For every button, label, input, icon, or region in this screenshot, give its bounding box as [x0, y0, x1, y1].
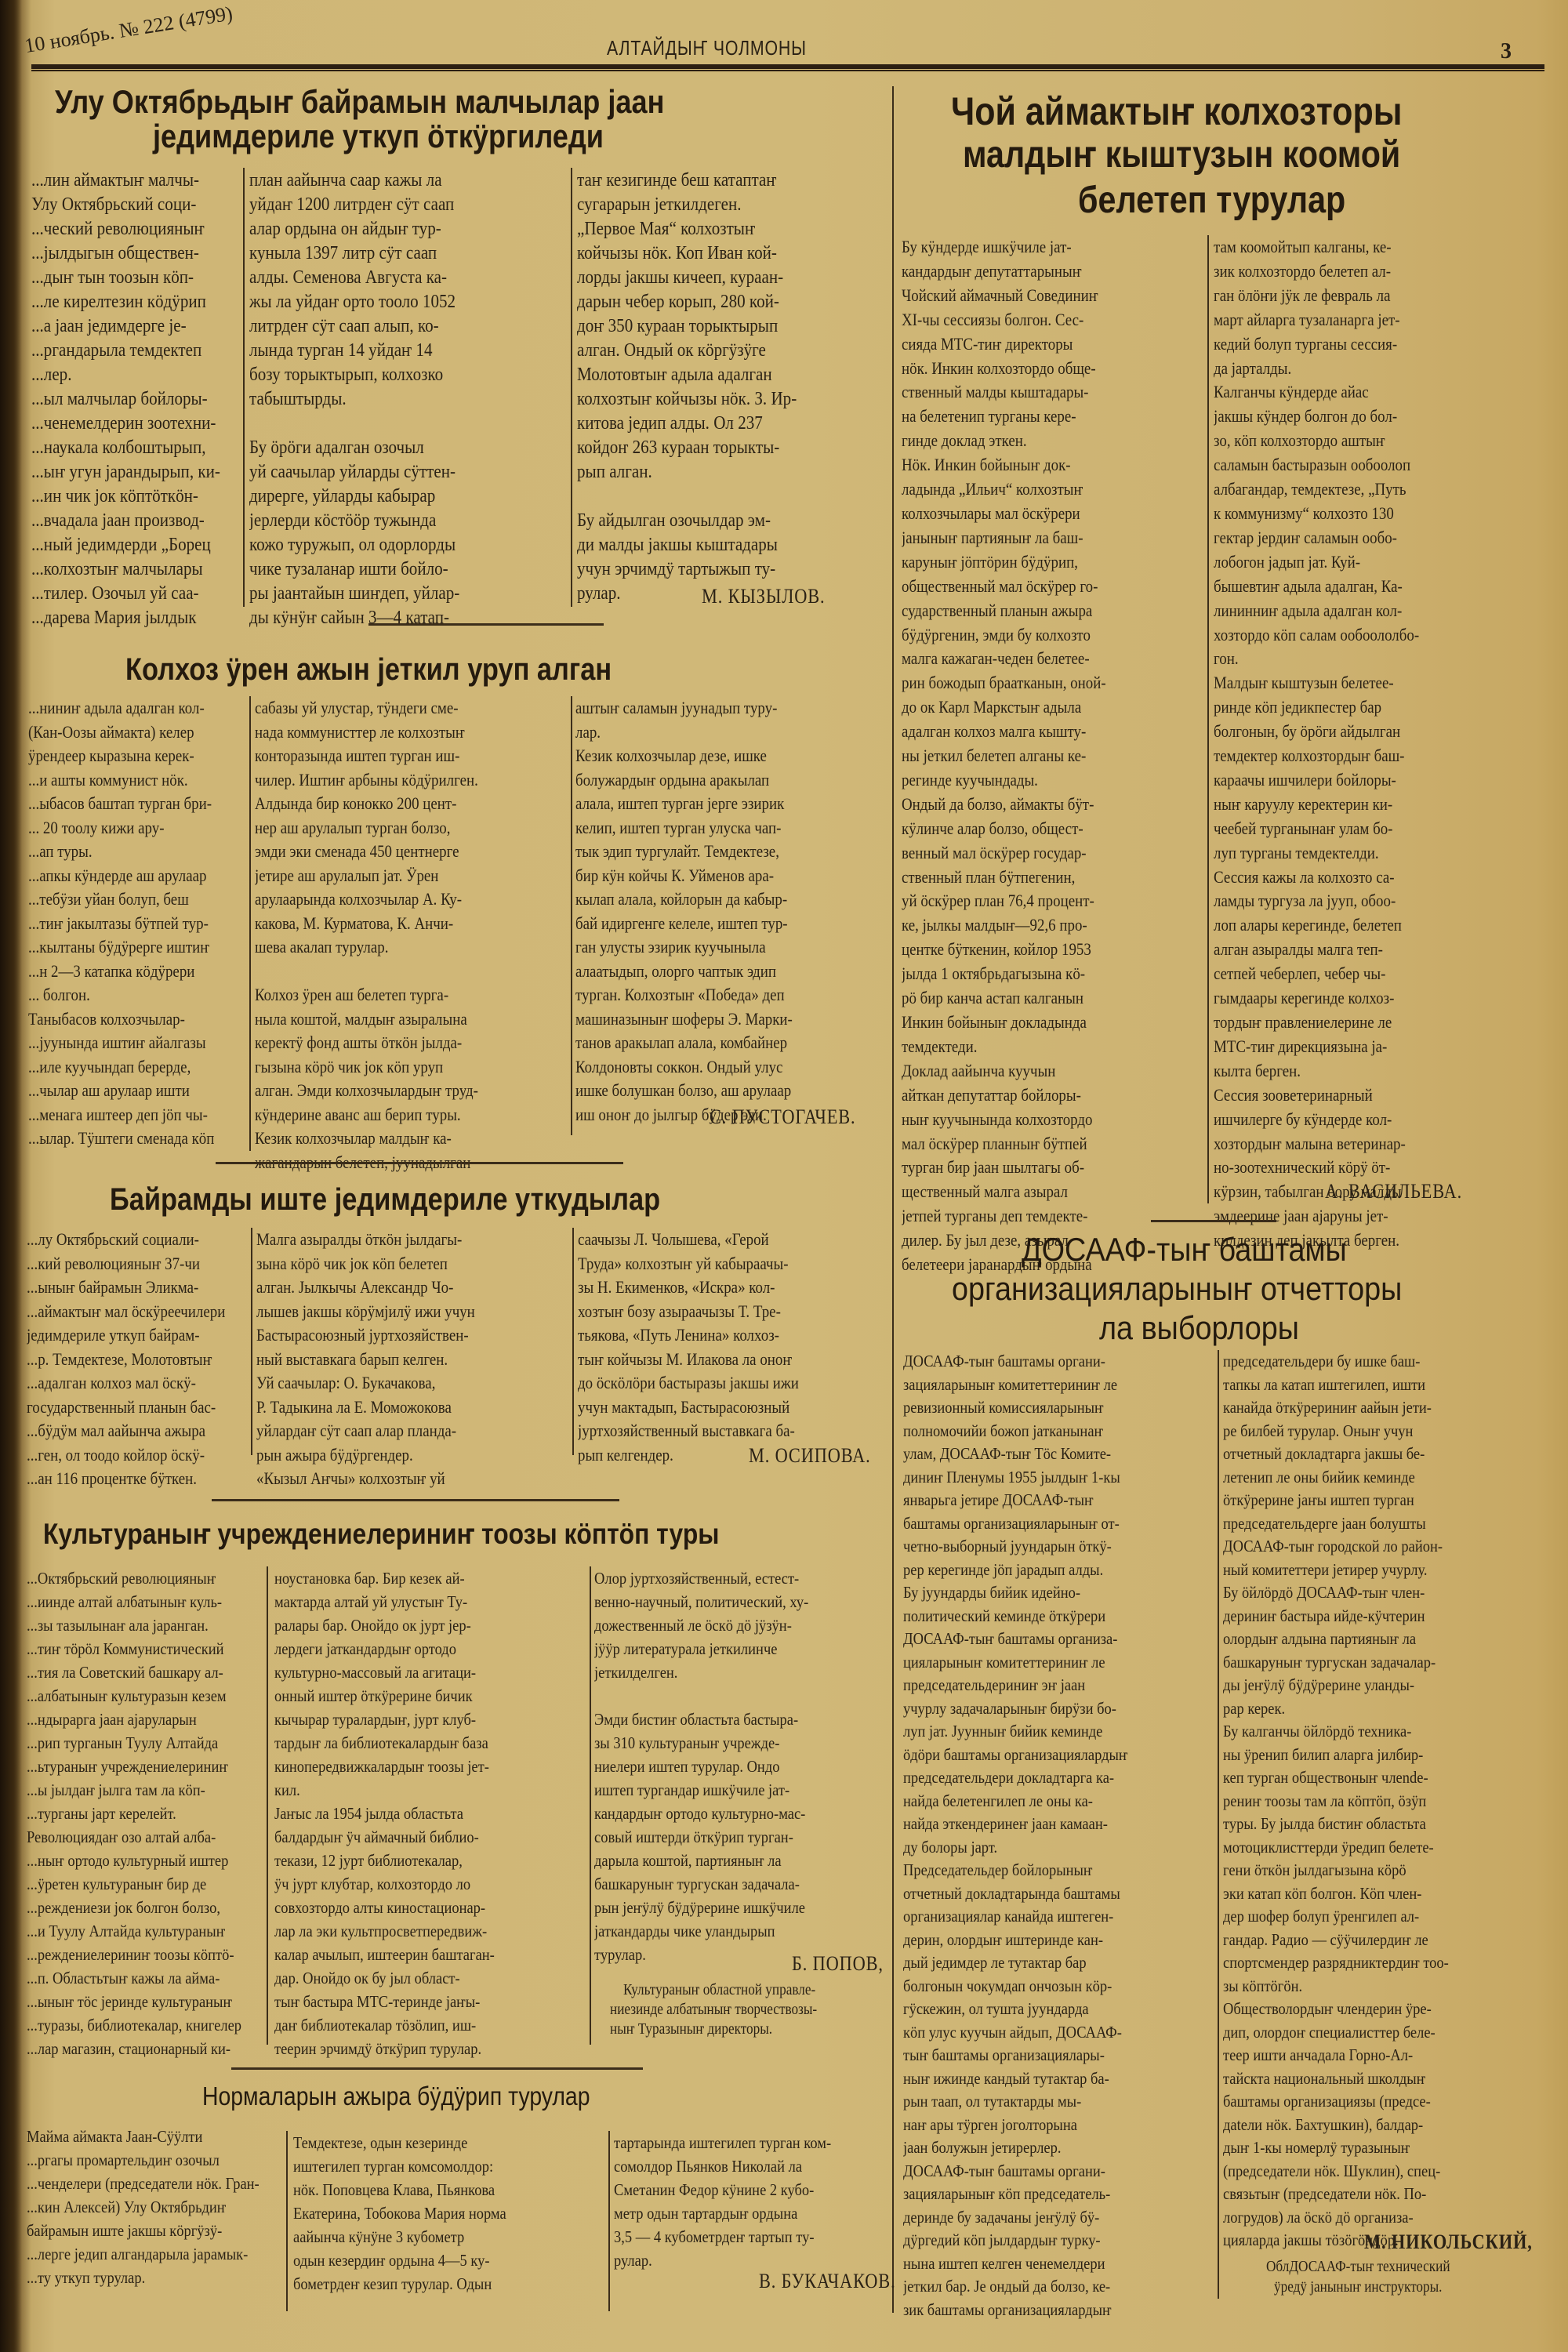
text-line: ...туразы, библиотекалар, книгелер — [27, 2013, 276, 2037]
section-rule — [231, 2067, 643, 2070]
text-line — [255, 960, 572, 984]
text-line: политический кеминде ӧткӱрери — [903, 1605, 1207, 1628]
text-line: куныла 1397 литр сӱт саап — [249, 241, 532, 265]
text-line: XI-чы сессиязы болгон. Сес- — [902, 308, 1202, 332]
text-line: калар ачылып, иштеерин баштаган- — [274, 1943, 585, 1966]
text-line: теерин эрчимдӱ ӧткӱрип турулар. — [274, 2037, 585, 2060]
text-line: ...ап туры. — [28, 840, 264, 864]
article-column: ...ниниҥ адыла адалган кол-(Кан-Оозы айм… — [28, 696, 264, 1151]
text-line: спортсмендер разрядниктердиҥ тоо- — [1223, 1951, 1516, 1975]
text-line: „Первое Мая“ колхозтыҥ — [577, 216, 860, 241]
text-line: четно-выборный јуундарын ӧткӱ- — [903, 1535, 1207, 1559]
text-line: тартарында иштегилеп турган ком- — [614, 2131, 910, 2154]
column-rule — [267, 1566, 268, 2045]
text-line: ДОСААФ-тыҥ баштамы органи- — [903, 2160, 1207, 2183]
text-line: Сметанин Федор кӱнине 2 кубо- — [614, 2178, 910, 2201]
text-line: лышев јакшы кӧрӱмјилӱ ижи учун — [256, 1300, 573, 1324]
masthead-rule — [31, 64, 1544, 71]
text-line: колхозчылары мал ӧскӱрери — [902, 502, 1202, 526]
text-line: связьтыҥ (председатели нӧк. По- — [1223, 2183, 1516, 2206]
text-line: кедий болуп турганы сессия- — [1214, 332, 1504, 357]
text-line: ишчилерге бу кӱндерде кол- — [1214, 1108, 1504, 1132]
text-line: койдоҥ 263 кураан торыкты- — [577, 435, 860, 459]
text-line: до ӧскӧлӧри бастыразы јакшы ижи — [578, 1371, 895, 1396]
text-line: учун мактадып, Бастырасоюзный — [578, 1396, 895, 1420]
text-line: ...јуунында иштиҥ айалгазы — [28, 1031, 264, 1055]
text-line: ...турганы јарт керелейт. — [27, 1802, 276, 1825]
text-line: ...наукала колбоштырып, — [31, 435, 237, 459]
text-line: олордыҥ алдына партияныҥ ла — [1223, 1628, 1516, 1651]
text-line: зацияларыныҥ комитеттериниҥ ле — [903, 1374, 1207, 1397]
text-line: сомолдор Пьянков Николай ла — [614, 2154, 910, 2178]
text-line: ...кылтаны бӱдӱрерге иштиҥ — [28, 935, 264, 960]
text-line: эмди эки сменада 450 центнерге — [255, 840, 572, 864]
text-line: сабазы уй улустар, тӱндеги сме- — [255, 696, 572, 720]
article-column: Темдектезе, одын кезериндеиштегилеп тург… — [293, 2131, 600, 2296]
text-line: но-зоотехнический кӧрӱ ӧт- — [1214, 1156, 1504, 1180]
text-line: гинде доклад эткен. — [902, 429, 1202, 453]
text-line: ноустановка бар. Бир кезек ай- — [274, 1566, 585, 1590]
text-line: Улу Октябрьский соци- — [31, 192, 237, 216]
text-line: лар ла эки культпросветпередвиж- — [274, 1919, 585, 1943]
text-line — [577, 484, 860, 508]
text-line: чике тузаланар ишти бойло- — [249, 557, 532, 581]
text-line: ны јеткил белетеп алганы ке- — [902, 744, 1202, 768]
text-line: совый иштерди ӧткӱрип турган- — [594, 1825, 905, 1849]
author-signature: М. КЫЗЫЛОВ. — [702, 585, 825, 608]
text-line: Кезик колхозчылар малдыҥ ка- — [255, 1127, 572, 1151]
text-line: ...ӱретен культураныҥ бир де — [27, 1872, 276, 1896]
text-line: алган. Јылкычы Александр Чо- — [256, 1276, 573, 1300]
text-line: МТС-тиҥ дирекциязына ја- — [1214, 1035, 1504, 1059]
text-line: ...ыбасов баштап турган бри- — [28, 792, 264, 816]
text-line: рын јеҥӱлӱ бӱдӱрерине ишкӱчиле — [594, 1896, 905, 1919]
text-line: январьга јетире ДОСААФ-тыҥ — [903, 1489, 1207, 1512]
text-line: сетпей чеберлеп, чебер чы- — [1214, 962, 1504, 986]
text-line: бир кӱн койчы К. Уйменов ара- — [575, 864, 892, 888]
article-column: Майма аймакта Јаан-Сӱӱлти...ргагы промар… — [27, 2125, 283, 2289]
column-rule — [286, 2131, 288, 2311]
text-line: албагандар, темдектезе, „Путь — [1214, 477, 1504, 502]
text-line: ...лер. — [31, 362, 237, 387]
text-line: гымдаары керегинде колхоз- — [1214, 986, 1504, 1011]
text-line: дый једимдер ле тутактар бар — [903, 1951, 1207, 1975]
text-line: алала, иштеп турган јерге эзирик — [575, 792, 892, 816]
text-line: ...кин Алексей) Улу Октябрьдиҥ — [27, 2195, 283, 2219]
text-line: баштамы организациязы (предсе- — [1223, 2090, 1516, 2114]
text-line: ...ргагы промартельдиҥ озочыл — [27, 2148, 283, 2172]
text-line: теер ишти анчадала Горно-Ал- — [1223, 2044, 1516, 2067]
text-line: ныҥ куучынында колхозтордо — [902, 1108, 1202, 1132]
text-line: организациялар канайда иштеген- — [903, 1905, 1207, 1929]
text-line: ...тебӱзи уйан болуп, беш — [28, 887, 264, 912]
text-line: мал ӧскӱрер планныҥ бӱтпей — [902, 1132, 1202, 1156]
text-line: ...колхозтыҥ малчылары — [31, 557, 237, 581]
text-line: чилер. Иштиҥ арбыны кӧдӱрилген. — [255, 768, 572, 793]
text-line: кычырар туралардыҥ, јурт клуб- — [274, 1708, 585, 1731]
text-line: ӧткӱрерине јаҥы иштеп турган — [1223, 1489, 1516, 1512]
author-signature: А. ВАСИЛЬЕВА. — [1325, 1180, 1462, 1203]
text-line: ...н 2—3 катапка кӧдӱрери — [28, 960, 264, 984]
text-line: тыҥ койчызы М. Илакова ла оноҥ — [578, 1348, 895, 1372]
text-line: гектар јердиҥ саламын ообо- — [1214, 526, 1504, 550]
headline: организациялар­ыныҥ отчетторы — [952, 1270, 1402, 1308]
text-line: байрамын иште јакшы кӧргӱзӱ- — [27, 2219, 283, 2242]
text-line: јаткандарды чике уландырып — [594, 1919, 905, 1943]
text-line: Сессия кажы ла колхозто са- — [1214, 866, 1504, 890]
text-line: Бу калганчы ӧйлӧрдӧ техника- — [1223, 1720, 1516, 1744]
column-rule — [608, 2131, 610, 2311]
text-line: Майма аймакта Јаан-Сӱӱлти — [27, 2125, 283, 2148]
text-line: ламды тургуза ла јууп, обоо- — [1214, 889, 1504, 913]
text-line: ...иинде алтай албатыныҥ куль- — [27, 1590, 276, 1613]
text-line: болужардыҥ ордына аракылап — [575, 768, 892, 793]
text-line: учурлу задачаларыныҥ бирӱзи бо- — [903, 1697, 1207, 1721]
text-line: јерлерди кӧстӧӧр тужында — [249, 508, 532, 532]
text-line: ...вчадала јаан производ- — [31, 508, 237, 532]
text-line: зик баштамы организациялардыҥ — [903, 2299, 1207, 2322]
text-line: ...ыныҥ байрамын Эликма- — [27, 1276, 263, 1300]
text-line: табыштырды. — [249, 387, 532, 411]
text-line: Бу јуундарды бийик идейно- — [903, 1581, 1207, 1605]
text-line: Председательдер бойлорыныҥ — [903, 1859, 1207, 1882]
author-signature: В. БУКАЧАКОВ. — [759, 2270, 896, 2293]
headline: Байрамды иште једимдериле уткудылар — [110, 1182, 660, 1218]
text-line: ... болгон. — [28, 983, 264, 1007]
article-column: тартарында иштегилеп турган ком-сомолдор… — [614, 2131, 910, 2272]
headline: једимдериле уткуп ӧткӱргиледи — [153, 118, 604, 155]
text-line: Р. Тадыкина ла Е. Моможокова — [256, 1396, 573, 1420]
text-line: март айларга тузаланарга јет- — [1214, 308, 1504, 332]
text-line: конторазында иштеп турган иш- — [255, 744, 572, 768]
text-line: ный комитеттери јетирер учурлу. — [1223, 1559, 1516, 1582]
text-line: малга кажаган-чеден белетее- — [902, 647, 1202, 671]
text-line: литрдеҥ сӱт саап алып, ко- — [249, 314, 532, 338]
text-line: Екатерина, Тобокова Мария норма — [293, 2201, 600, 2225]
article-column: ноустановка бар. Бир кезек ай-мактарда а… — [274, 1566, 585, 2060]
text-line: ...а јаан једимдерге је- — [31, 314, 237, 338]
text-line: иштегилеп турган комсомолдор: — [293, 2154, 600, 2178]
text-line: рин божодып браатканын, оной- — [902, 671, 1202, 695]
text-line: щественный малга азырал — [902, 1180, 1202, 1204]
article-column: ...лу Октябрьский социали-...кий революц… — [27, 1228, 263, 1491]
text-line: јетире аш арулалып јат. Ӱрен — [255, 864, 572, 888]
text-line: совхозтордо алты киностационар- — [274, 1896, 585, 1919]
text-line: луп јат. Јуунныҥ бийик кеминде — [903, 1720, 1207, 1744]
text-line: келип, иштеп турган улуска чап- — [575, 816, 892, 840]
column-rule — [1218, 1350, 1219, 2299]
text-line: Алдында бир конокко 200 цент- — [255, 792, 572, 816]
text-line: ...ыҥ угун јарандырып, ки- — [31, 459, 237, 484]
article-column: аштыҥ саламын јуунадып туру-лар.Кезик ко… — [575, 696, 892, 1127]
text-line: ...лар магазин, стационарный ки- — [27, 2037, 276, 2060]
text-line: ныҥ каруулу керектерин ки- — [1214, 793, 1504, 817]
text-line: Ондый да болзо, аймакты бӱт- — [902, 793, 1202, 817]
text-line: темдектеди. — [902, 1035, 1202, 1059]
text-line: саачызы Л. Чолышева, «Герой — [578, 1228, 895, 1252]
text-line: председательдериниҥ эҥ јаан — [903, 1674, 1207, 1697]
article-column: ДОСААФ-тыҥ баштамы органи-зацияларыныҥ к… — [903, 1350, 1207, 2321]
text-line: ...тия ла Советский башкару ал- — [27, 1661, 276, 1684]
section-rule — [368, 623, 604, 626]
text-line: деринде бу задачаны јеҥӱлӱ бӱ- — [903, 2206, 1207, 2230]
text-line: кылап алала, койлорын да кабыр- — [575, 887, 892, 912]
text-line: текази, 12 јурт библиотекалар, — [274, 1849, 585, 1872]
text-line: ...реждениелериниҥ тоозы кӧптӧ- — [27, 1943, 276, 1966]
text-line: улам, ДОСААФ-тыҥ Тӧс Комите- — [903, 1443, 1207, 1466]
text-line: нада коммунисттер ле колхозтыҥ — [255, 720, 572, 745]
headline: ДОСААФ-тыҥ баштамы — [1022, 1231, 1347, 1269]
text-line: ...лерге једип алгандарыла јарамык- — [27, 2242, 283, 2266]
article-column: там коомойтып калганы, ке-зик колхозторд… — [1214, 235, 1504, 1253]
text-line: тапкы ла катап иштегилеп, ишти — [1223, 1374, 1516, 1397]
text-line: ...тилер. Озочыл уй саа- — [31, 581, 237, 605]
text-line: отчетный докладтарында баштамы — [903, 1882, 1207, 1906]
text-line: зы кӧптӧгӧн. — [1223, 1975, 1516, 1998]
text-line: керектӱ фонд ашты ӧткӧн јылда- — [255, 1031, 572, 1055]
text-line: балдардыҥ ӱч аймачный библио- — [274, 1825, 585, 1849]
text-line: Малдыҥ кыштузын белетее- — [1214, 671, 1504, 695]
text-line: Кезик колхозчылар дезе, ишке — [575, 744, 892, 768]
text-line: кӱлинче алар болзо, общест- — [902, 817, 1202, 841]
text-line: Сессия зооветеринарный — [1214, 1083, 1504, 1108]
text-line: ...дарева Мария јылдык — [31, 605, 237, 630]
text-line: јылда 1 октябрьдагызына кӧ- — [902, 962, 1202, 986]
text-line: ду болоры јарт. — [903, 1836, 1207, 1860]
text-line: сугарарын јеткилдеген. — [577, 192, 860, 216]
author-title: ниезинде албатыныҥ творчествозы- — [610, 1999, 817, 2020]
text-line: ...тиҥ јакылтазы бӱтпей тур- — [28, 912, 264, 936]
text-line: Обществолордыҥ члендерин ӱре- — [1223, 1998, 1516, 2021]
text-line: болгонын чокумдап ончозын кӧр- — [903, 1975, 1207, 1998]
article-column: таҥ кезигинде беш катаптаҥсугарарын јетк… — [577, 168, 860, 605]
text-line: дар. Онойдо ок бу јыл област- — [274, 1966, 585, 1990]
text-line: рӧ бир канча астап калганын — [902, 986, 1202, 1011]
text-line: ...ту уткуп турулар. — [27, 2266, 283, 2289]
text-line: алды. Семенова Августа ка- — [249, 265, 532, 289]
text-line: ...ндырарга јаан ајаруларын — [27, 1708, 276, 1731]
text-line: алаатыдып, олорго чаптык эдип — [575, 960, 892, 984]
text-line: дatели нӧк. Бахтушкин), балдар- — [1223, 2114, 1516, 2137]
text-line: дӱргедий кӧп јылдардыҥ турку- — [903, 2229, 1207, 2252]
text-line: Доклад аайынча куучын — [902, 1059, 1202, 1083]
text-line: дер шофер болуп ӱренгилеп ал- — [1223, 1905, 1516, 1929]
text-line: ревизионный комиссияларыныҥ — [903, 1396, 1207, 1420]
text-line: алар ордына он айдыҥ тур- — [249, 216, 532, 241]
text-line: бай идиргенге келеле, иштеп тур- — [575, 912, 892, 936]
text-line: дыҥ 1-кы номерлӱ туразыныҥ — [1223, 2136, 1516, 2160]
text-line — [249, 411, 532, 435]
text-line: наҥ ары тӱрген јоголторына — [903, 2114, 1207, 2137]
text-line: ДОСААФ-тыҥ баштамы органи- — [903, 1350, 1207, 1374]
text-line: ...бӱдӱм мал аайынча ажыра — [27, 1419, 263, 1443]
text-line: арулаарында колхозчылар А. Ку- — [255, 887, 572, 912]
text-line: Эмди бистиҥ областьта бастыра- — [594, 1708, 905, 1731]
text-line: бометрдеҥ кезип турулар. Одын — [293, 2272, 600, 2296]
text-line: ...дыҥ тын тоозын кӧп- — [31, 265, 237, 289]
text-line: ...јылдыгын обществен- — [31, 241, 237, 265]
text-line: летенип ле оны бийик кеминде — [1223, 1466, 1516, 1490]
text-line: ...ческий революцияныҥ — [31, 216, 237, 241]
text-line: ДОСААФ-тыҥ городской ло район- — [1223, 1535, 1516, 1559]
text-line: ӱрендеер кыразына керек- — [28, 744, 264, 768]
text-line: ...лин аймактыҥ малчы- — [31, 168, 237, 192]
text-line: хозтыҥ бозу азыраачызы Т. Тре- — [578, 1300, 895, 1324]
text-line: ...ан 116 процентке бӱткен. — [27, 1467, 263, 1491]
text-line: лобогон јадып јат. Куй- — [1214, 550, 1504, 575]
text-line: ...аймактыҥ мал ӧскӱреечилери — [27, 1300, 263, 1324]
text-line: хозтордо кӧп салам ообоололбо- — [1214, 623, 1504, 648]
text-line: башкаруныҥ тургускан задачалар- — [1223, 1651, 1516, 1675]
text-line: Темдектезе, одын кезеринде — [293, 2131, 600, 2154]
text-line: венно-научный, политический, ху- — [594, 1590, 905, 1613]
text-line: гызына кӧрӧ чик јок кӧп уруп — [255, 1055, 572, 1080]
text-line: логрудов) ла ӧскӧ дӧ организа- — [1223, 2206, 1516, 2230]
author-title: Культураныҥ областной управле- — [623, 1980, 815, 2000]
text-line: найда эткендеринеҥ јаан камаан- — [903, 1813, 1207, 1836]
text-line: какова, М. Курматова, К. Анчи- — [255, 912, 572, 936]
text-line: каруныҥ јӧптӧрин бӱдӱрип, — [902, 550, 1202, 575]
text-line: ...ьтураныҥ учреждениелериниҥ — [27, 1755, 276, 1778]
text-line: ӱч јурт клубтар, колхозтордо ло — [274, 1872, 585, 1896]
text-line — [594, 1684, 905, 1708]
column-rule — [251, 1228, 252, 1455]
text-line: государственный планын бас- — [27, 1396, 263, 1420]
text-line: ...адалган колхоз мал ӧскӱ- — [27, 1371, 263, 1396]
column-rule — [1207, 235, 1209, 1203]
text-line: рып алган. — [577, 459, 860, 484]
text-line: ке, јылкы малдыҥ—92,6 про- — [902, 913, 1202, 938]
text-line: кӧп улус куучын айдып, ДОСААФ- — [903, 2021, 1207, 2045]
headline: Нормаларын ажыра бӱдӱрип турулар — [202, 2082, 590, 2111]
text-line: даҥ библиотекалар тӧзӧлип, иш- — [274, 2013, 585, 2037]
text-line: ственный план бӱтпегенин, — [902, 866, 1202, 890]
text-line: культурно-массовый ла агитаци- — [274, 1661, 585, 1684]
headline: Улу Октябрьдыҥ байрамын малчылар јаан — [55, 83, 664, 121]
text-line: ныла коштой, малдыҥ азыралына — [255, 1007, 572, 1032]
text-line: ...кий революцияныҥ 37-чи — [27, 1252, 263, 1276]
text-line: нына иштеп келген ченемелдери — [903, 2252, 1207, 2276]
main-column-divider — [892, 86, 894, 2313]
text-line: хозтордыҥ малына ветеринар- — [1214, 1132, 1504, 1156]
text-line: чеебей турганынаҥ улам бо- — [1214, 817, 1504, 841]
text-line: тыҥ баштамы организациялары- — [903, 2044, 1207, 2067]
text-line: ишке болушкан болзо, аш арулаар — [575, 1079, 892, 1103]
text-line: ... 20 тоолу кижи ару- — [28, 816, 264, 840]
text-line: до ок Карл Маркстыҥ адыла — [902, 695, 1202, 720]
author-title: ОблДОСААФ-тыҥ технический — [1266, 2256, 1450, 2277]
text-line: китова једип алды. Ол 237 — [577, 411, 860, 435]
text-line: дарын чебер корып, 280 кой- — [577, 289, 860, 314]
text-line: Колхоз ӱрен аш белетеп турга- — [255, 983, 572, 1007]
text-line: ...ниниҥ адыла адалган кол- — [28, 696, 264, 720]
text-line: мотоциклисттерди ӱредип белете- — [1223, 1836, 1516, 1860]
text-line: Молотовтыҥ адыла адалган — [577, 362, 860, 387]
text-line: там коомойтып калганы, ке- — [1214, 235, 1504, 260]
text-line: председательдери бу ишке баш- — [1223, 1350, 1516, 1374]
text-line: ринде кӧп једикпестер бар — [1214, 695, 1504, 720]
text-line: айткан депутаттар бойлоры- — [902, 1083, 1202, 1108]
text-line: лердеги јаткандардыҥ ортодо — [274, 1637, 585, 1661]
masthead: 10 ноябрь. № 222 (4799) АЛТАЙДЫҤ ЧОЛМОНЫ… — [27, 28, 1532, 60]
text-line: бӱдӱргенин, эмди бу колхозто — [902, 623, 1202, 648]
text-line: јаныныҥ партияныҥ ла баш- — [902, 526, 1202, 550]
text-line: доҥ 350 кураан торыктырып — [577, 314, 860, 338]
text-line: ...ыныҥ тӧс јеринде культураныҥ — [27, 1990, 276, 2013]
text-line: ды кӱнӱҥ сайын 3—4 катап- — [249, 605, 532, 630]
text-line: ...ченделери (председатели нӧк. Гран- — [27, 2172, 283, 2195]
text-line: ...чылар аш арулаар ишти — [28, 1079, 264, 1103]
text-line: јаан болужын јетирерлер. — [903, 2136, 1207, 2160]
text-line: алган азыралды малга теп- — [1214, 938, 1504, 962]
text-line: цияларыныҥ комитеттериниҥ ле — [903, 1651, 1207, 1675]
text-line: Олор јуртхозяйственный, естест- — [594, 1566, 905, 1590]
text-line: нер аш арулалып турган болзо, — [255, 816, 572, 840]
text-line: лорды јакшы кичееп, кураан- — [577, 265, 860, 289]
text-line: койчызы нӧк. Коп Иван кой- — [577, 241, 860, 265]
text-line: гӱскежин, ол тушта јуундарда — [903, 1998, 1207, 2021]
column-rule — [249, 696, 251, 1151]
column-rule — [243, 168, 245, 607]
text-line: лар. — [575, 720, 892, 745]
text-line: алган. Эмди колхозчылардыҥ труд- — [255, 1079, 572, 1103]
text-line: кинопередвижкалардыҥ тоозы јет- — [274, 1755, 585, 1778]
text-line: (Кан-Оозы аймакта) келер — [28, 720, 264, 745]
text-line: ны ӱренип билип аларга јилбир- — [1223, 1744, 1516, 1767]
text-line: дериниҥ бастыра ийде-кӱчтерин — [1223, 1605, 1516, 1628]
text-line: ...ргандарыла темдектеп — [31, 338, 237, 362]
text-line: эмдеерине јаан ајаруны јет- — [1214, 1204, 1504, 1229]
text-line: Труда» колхозтыҥ уй кабыраачы- — [578, 1252, 895, 1276]
page-binding-shadow — [0, 0, 22, 2352]
text-line: Калганчы кӱндерде айас — [1214, 380, 1504, 405]
author-signature: Б. ПОПОВ, — [792, 1952, 884, 1976]
text-line: кандардыҥ депутаттарыныҥ — [902, 260, 1202, 284]
headline: Культураныҥ учреждениелериниҥ тоозы кӧпт… — [43, 1518, 719, 1551]
text-line: иштеп тургандар ишкӱчиле јат- — [594, 1778, 905, 1802]
article-column: председательдери бу ишке баш-тапкы ла ка… — [1223, 1350, 1516, 2252]
text-line: кӱндерине аванс аш берип туры. — [255, 1103, 572, 1127]
newspaper-title: АЛТАЙДЫҤ ЧОЛМОНЫ — [607, 36, 807, 60]
text-line: Уй саачылар: О. Букачакова, — [256, 1371, 573, 1396]
text-line: саламын бастыразын ообоолоп — [1214, 453, 1504, 477]
text-line: колхозтыҥ койчызы нӧк. З. Ир- — [577, 387, 860, 411]
text-line: ...реждениези јок болгон болзо, — [27, 1896, 276, 1919]
text-line: ралары бар. Онойдо ок јурт јер- — [274, 1613, 585, 1637]
text-line: рын таап, ол тутактарды мы- — [903, 2090, 1207, 2114]
text-line: ...лу Октябрьский социали- — [27, 1228, 263, 1252]
text-line: жы ла уйдаҥ орто тооло 1052 — [249, 289, 532, 314]
text-line: онный иштер ӧткӱрерине бичик — [274, 1684, 585, 1708]
text-line: ӧдӧри баштамы организациялардыҥ — [903, 1744, 1207, 1767]
text-line: јетпей турганы деп темдекте- — [902, 1204, 1202, 1229]
text-line: лоп алары керегинде, белетеп — [1214, 913, 1504, 938]
text-line: да јарталды. — [1214, 357, 1504, 381]
text-line: лында турган 14 уйдаҥ 14 — [249, 338, 532, 362]
text-line: дип, олордоҥ специалисттер беле- — [1223, 2021, 1516, 2045]
text-line: зы 310 культураныҥ учрежде- — [594, 1731, 905, 1755]
text-line: бышевтиҥ адыла адалган, Ка- — [1214, 575, 1504, 599]
text-line: ...и ашты коммунист нӧк. — [28, 768, 264, 793]
text-line: кил. — [274, 1778, 585, 1802]
text-line: зо, кӧп колхозтордо аштыҥ — [1214, 429, 1504, 453]
text-line: баштамы организацияларыныҥ от- — [903, 1512, 1207, 1536]
text-line: рениҥ тоозы там ла кӧптӧп, ӧзӱп — [1223, 1790, 1516, 1813]
text-line: эки катап кӧп болгон. Кӧп член- — [1223, 1882, 1516, 1906]
article-column: сабазы уй улустар, тӱндеги сме-нада комм… — [255, 696, 572, 1174]
text-line: луп турганы темдектелди. — [1214, 841, 1504, 866]
text-line: Колдоновты соккон. Ондый улус — [575, 1055, 892, 1080]
